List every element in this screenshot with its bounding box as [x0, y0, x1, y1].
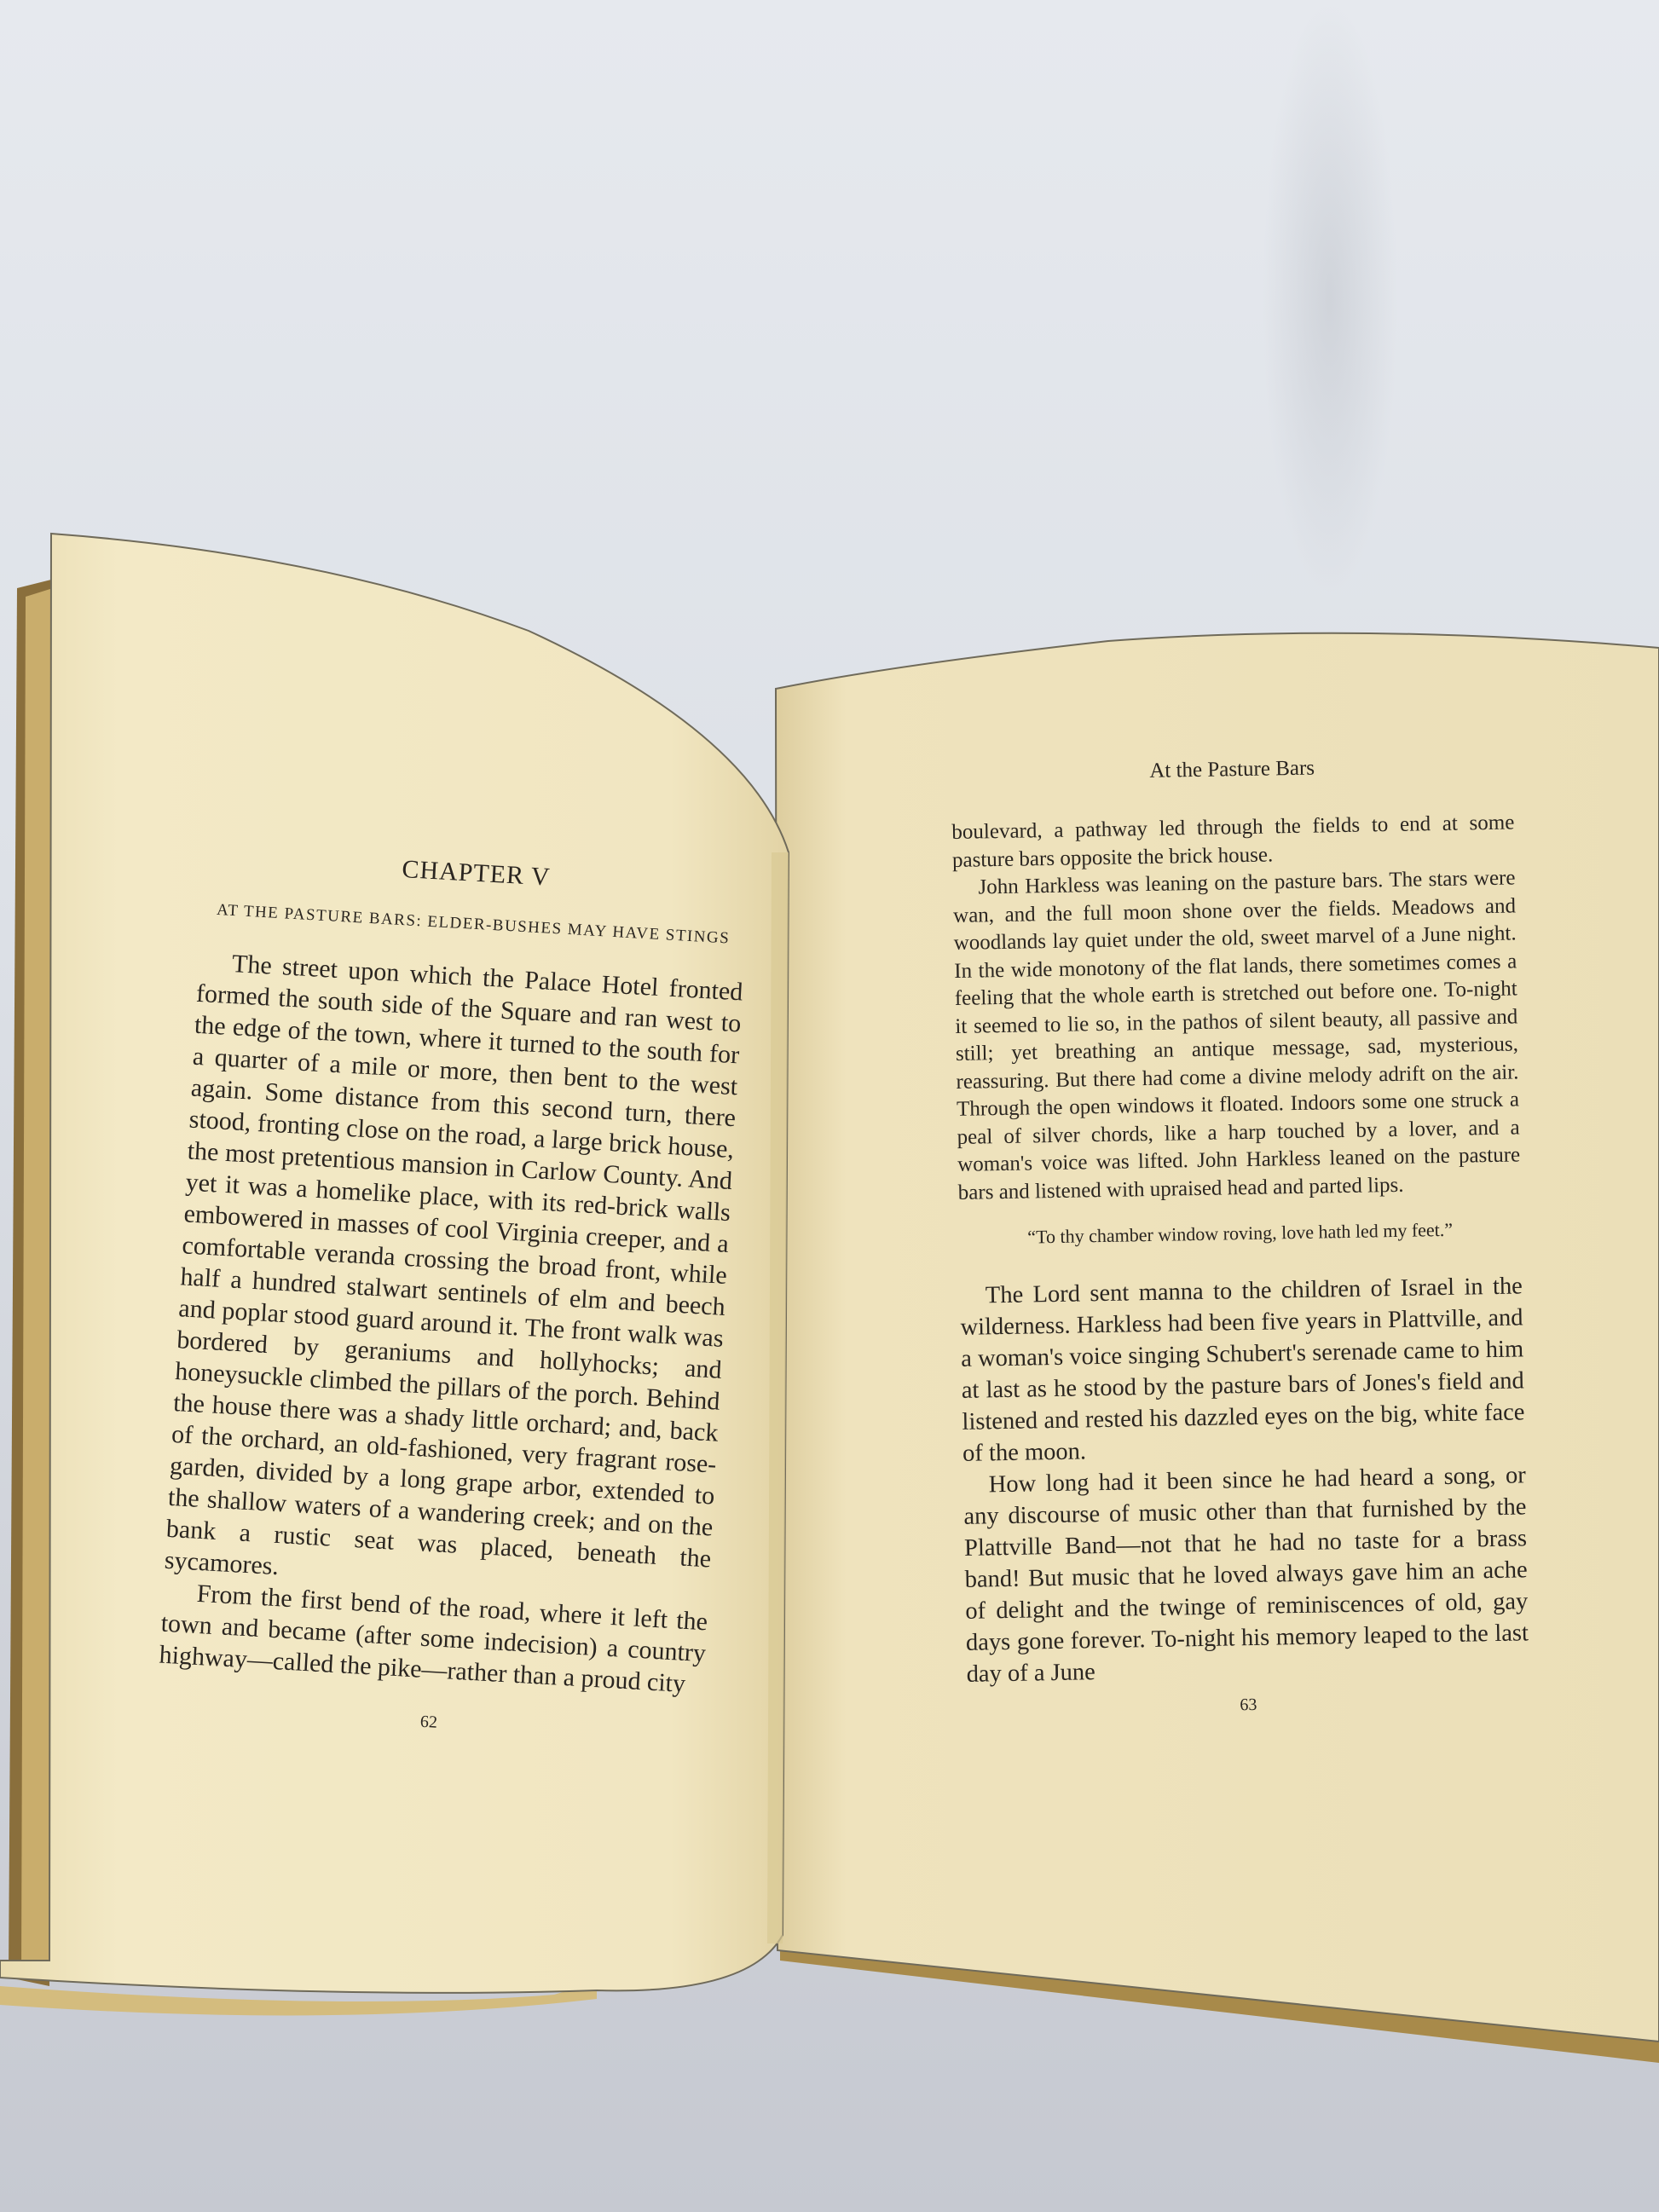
paragraph: John Harkless was leaning on the pasture… — [952, 864, 1521, 1206]
paragraph: boulevard, a pathway led through the fie… — [951, 809, 1515, 875]
right-page-text: At the Pasture Bars boulevard, a pathway… — [951, 753, 1529, 1719]
paragraph: The street upon which the Palace Hotel f… — [164, 946, 743, 1607]
chapter-subtitle: AT THE PASTURE BARS: ELDER-BUSHES MAY HA… — [200, 897, 747, 953]
lower-text: The Lord sent manna to the children of I… — [960, 1270, 1529, 1689]
verse-quote: “To thy chamber window roving, love hath… — [959, 1217, 1522, 1250]
paragraph: The Lord sent manna to the children of I… — [960, 1270, 1526, 1469]
paragraph: How long had it been since he had heard … — [962, 1459, 1529, 1689]
left-page-text: CHAPTER V AT THE PASTURE BARS: ELDER-BUS… — [156, 844, 749, 1747]
